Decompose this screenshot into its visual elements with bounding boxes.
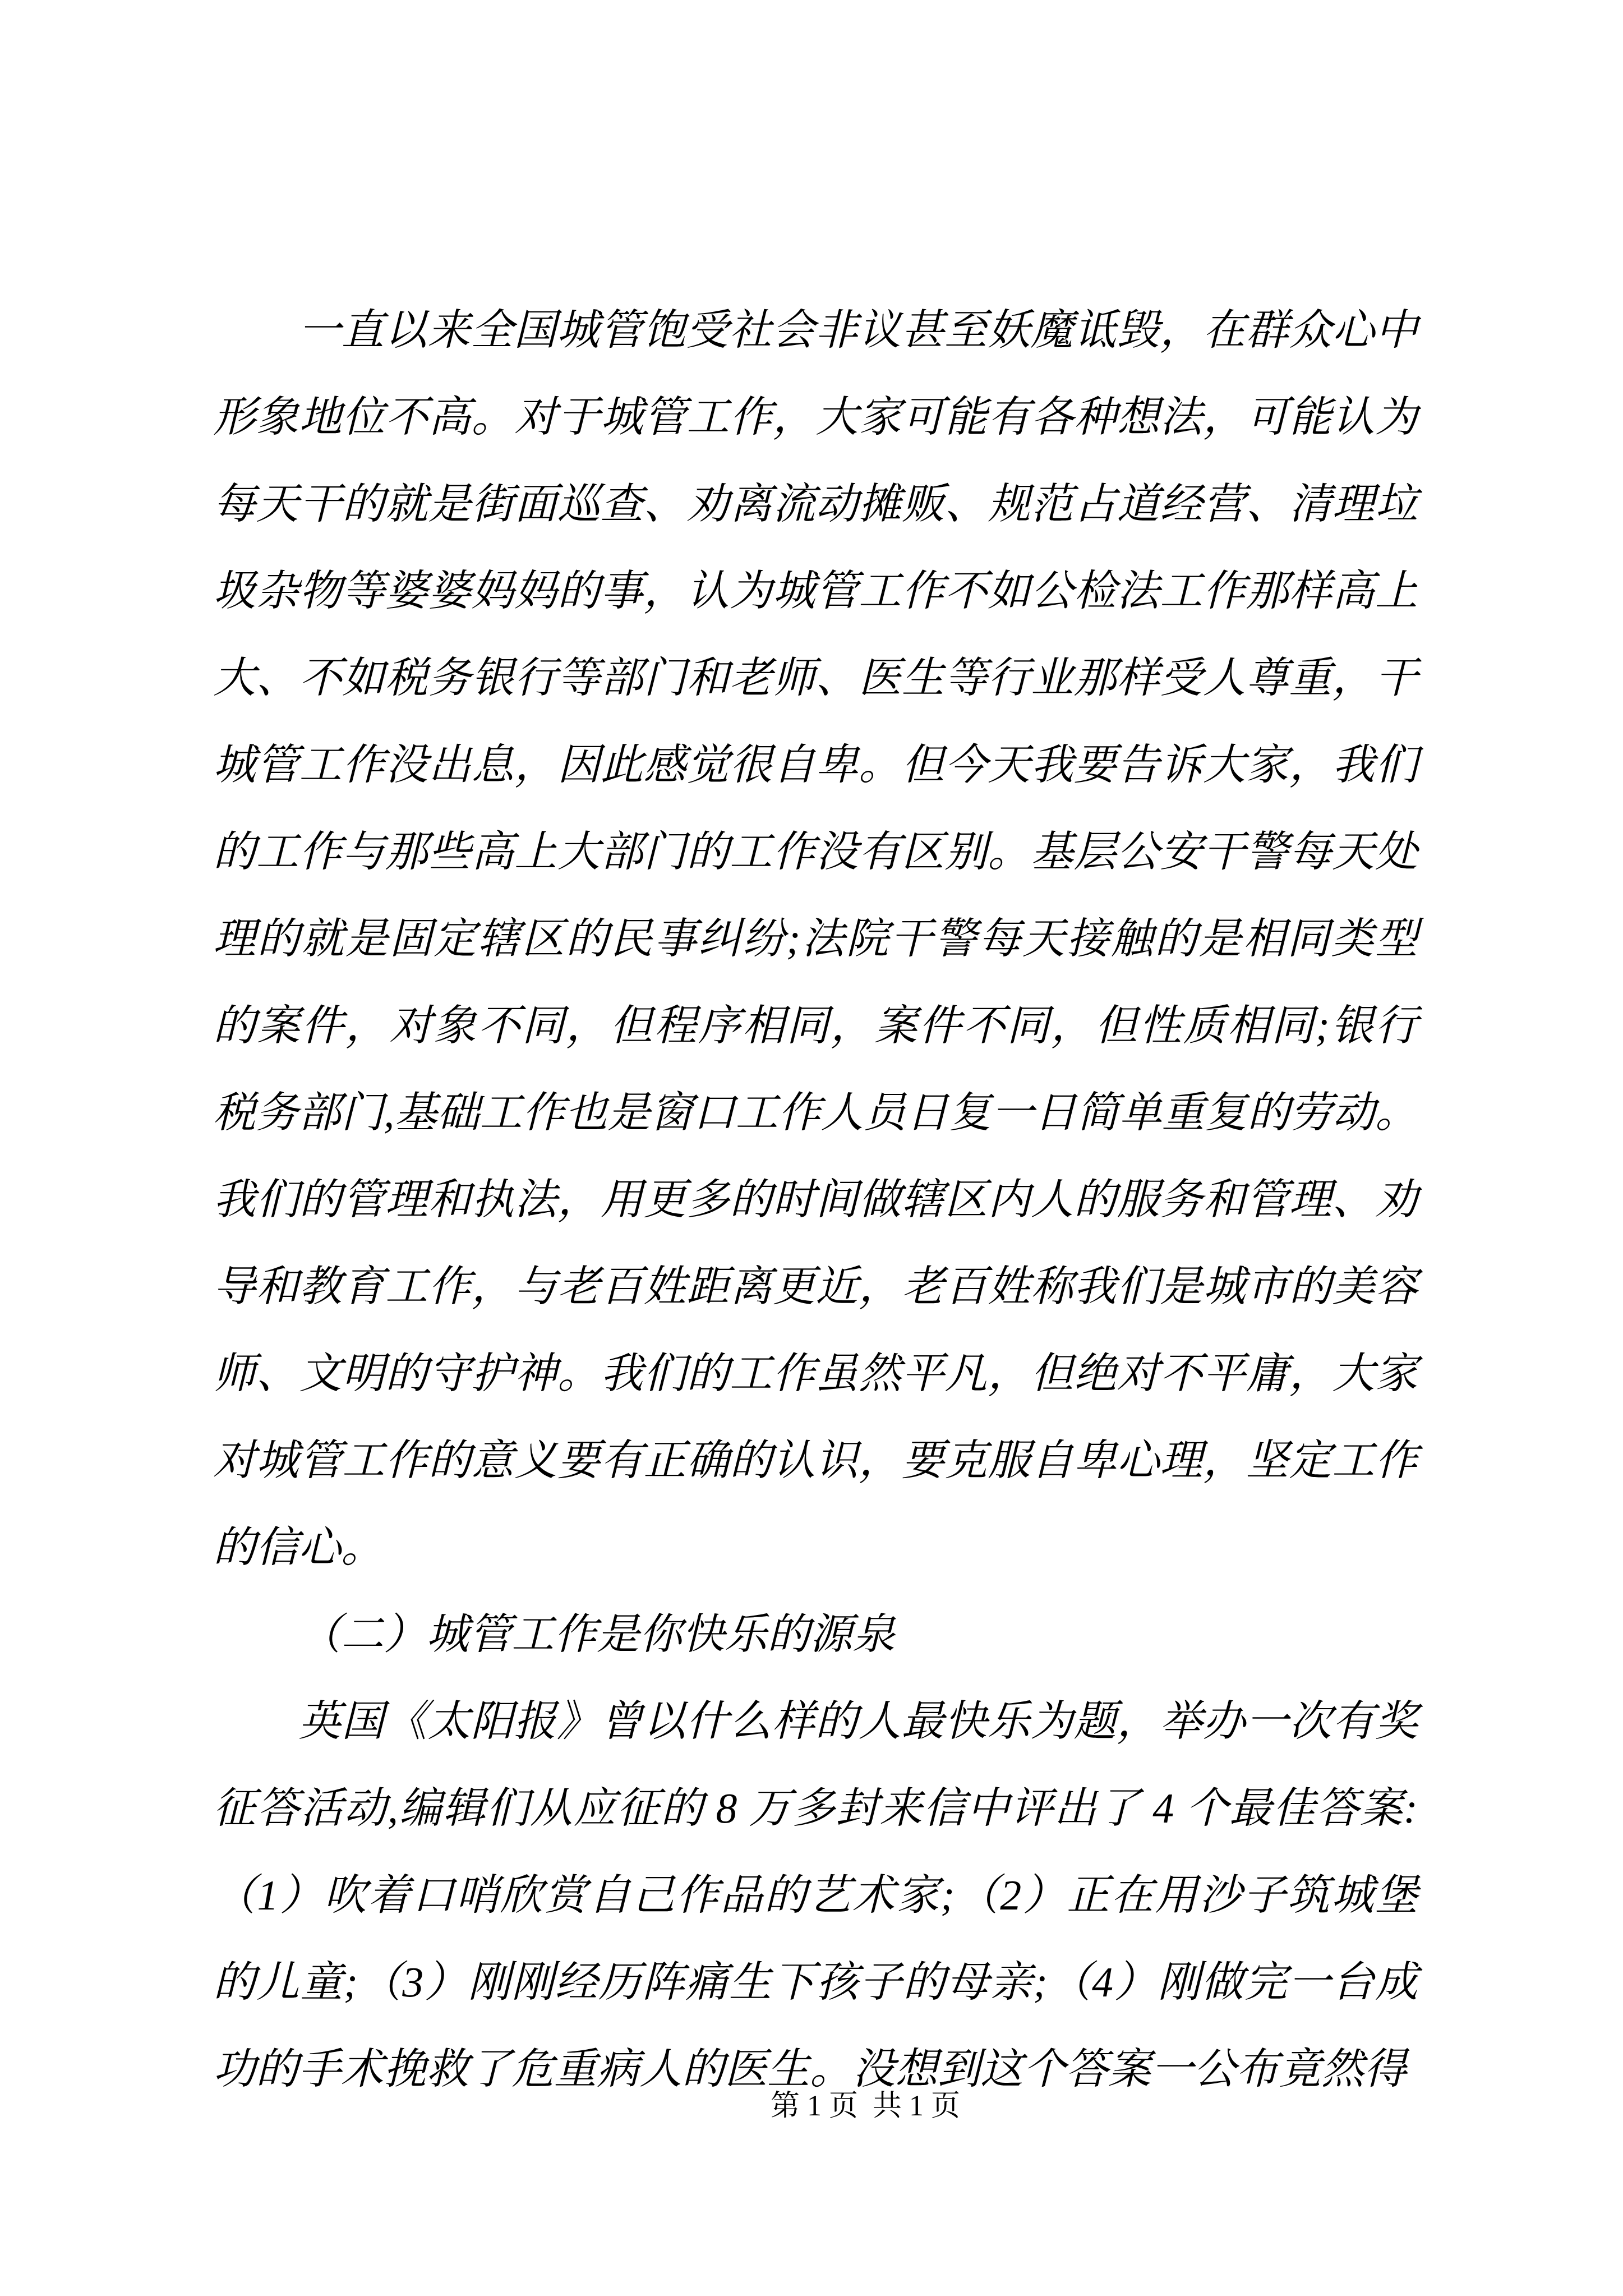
section-heading-2: （二）城管工作是你快乐的源泉 <box>213 1591 1418 1678</box>
body-paragraph-3: 英国《太阳报》曾以什么样的人最快乐为题，举办一次有奖征答活动,编辑们从应征的 8… <box>213 1678 1418 2113</box>
page-footer: 第 1 页 共 1 页 <box>39 2056 1623 2157</box>
document-page: 一直以来全国城管饱受社会非议甚至妖魔诋毁，在群众心中形象地位不高。对于城管工作，… <box>0 0 1623 2296</box>
body-paragraph-1: 一直以来全国城管饱受社会非议甚至妖魔诋毁，在群众心中形象地位不高。对于城管工作，… <box>213 287 1418 1591</box>
document-body: 一直以来全国城管饱受社会非议甚至妖魔诋毁，在群众心中形象地位不高。对于城管工作，… <box>213 287 1418 2113</box>
page-number-text: 第 1 页 共 1 页 <box>771 2090 960 2122</box>
